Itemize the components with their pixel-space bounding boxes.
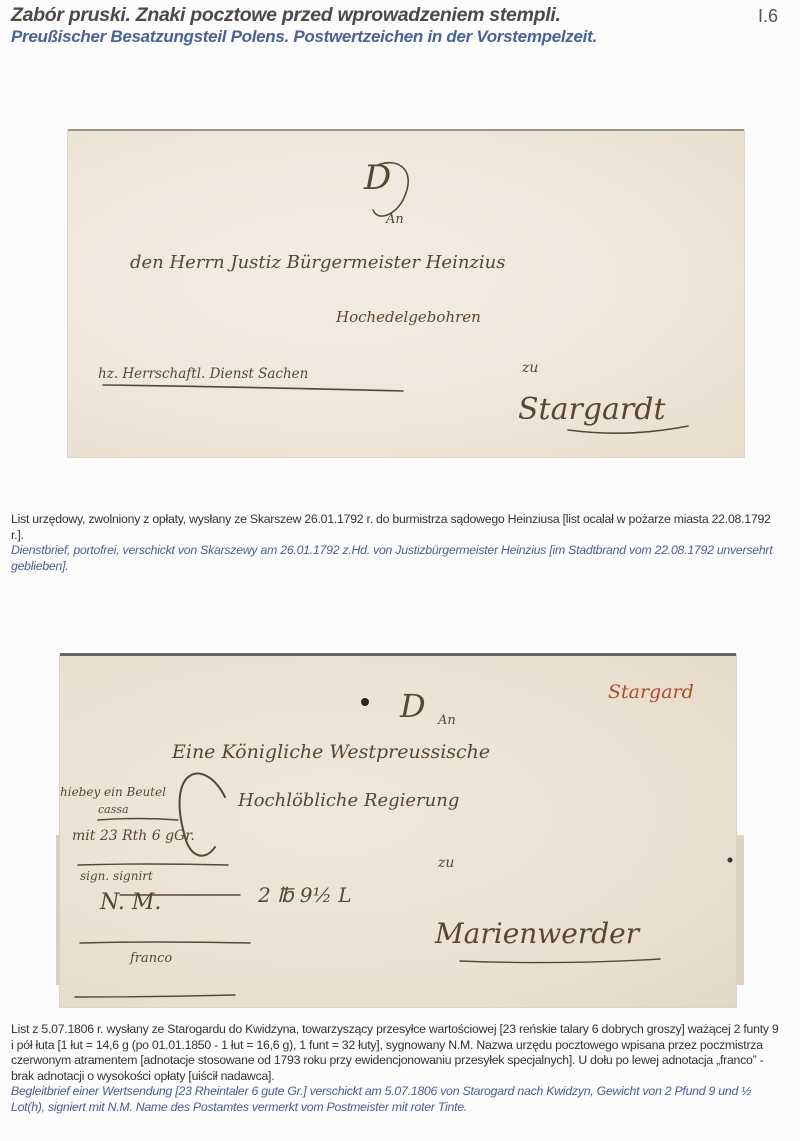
handwritten-mark: D xyxy=(364,158,391,198)
caption-german: Begleitbrief einer Wertsendung [23 Rhein… xyxy=(11,1084,781,1115)
handwritten-left-note: hz. Herrschaftl. Dienst Sachen xyxy=(98,366,308,382)
handwritten-title: Hochedelgebohren xyxy=(336,308,481,326)
handwritten-weight: 2 ℔ 9½ L xyxy=(258,883,352,907)
handwritten-destination: Marienwerder xyxy=(435,917,639,950)
handwritten-mark: D xyxy=(400,687,426,725)
caption-polish: List urzędowy, zwolniony z opłaty, wysła… xyxy=(11,512,771,542)
handwritten-an: An xyxy=(386,212,404,227)
left-note-4: sign. signirt xyxy=(80,869,153,883)
left-note-2: cassa xyxy=(98,803,129,816)
handwritten-addressee: Eine Königliche Westpreussische xyxy=(172,741,490,763)
left-note-5: N. M. xyxy=(100,890,161,915)
left-note-1: hiebey ein Beutel xyxy=(60,785,166,799)
caption-german: Dienstbrief, portofrei, verschickt von S… xyxy=(11,543,781,574)
caption-letter-1792: List urzędowy, zwolniony z opłaty, wysła… xyxy=(11,512,781,574)
left-note-franco: franco xyxy=(130,951,172,966)
handwritten-destination: Stargardt xyxy=(518,392,666,427)
left-note-3: mit 23 Rth 6 gGr. xyxy=(72,828,195,844)
red-postmark-stargard: Stargard xyxy=(608,681,694,703)
handwritten-zu: zu xyxy=(438,855,454,871)
letter-1792-image: D An den Herrn Justiz Bürgermeister Hein… xyxy=(68,130,744,457)
handwritten-addressee: den Herrn Justiz Bürgermeister Heinzius xyxy=(130,252,506,273)
handwritten-zu: zu xyxy=(522,360,538,376)
handwritten-an: An xyxy=(438,713,456,728)
handwritten-office: Hochlöbliche Regierung xyxy=(238,790,459,811)
caption-letter-1806: List z 5.07.1806 r. wysłany ze Starogard… xyxy=(11,1022,781,1115)
page-title-german: Preußischer Besatzungsteil Polens. Postw… xyxy=(11,27,597,47)
letter-1806-image: Stargard D An Eine Königliche Westpreuss… xyxy=(60,655,736,1007)
caption-polish: List z 5.07.1806 r. wysłany ze Starogard… xyxy=(11,1022,779,1083)
page-number: I.6 xyxy=(758,6,778,27)
page-title-polish: Zabór pruski. Znaki pocztowe przed wprow… xyxy=(11,4,561,27)
letter-flap xyxy=(736,835,744,985)
